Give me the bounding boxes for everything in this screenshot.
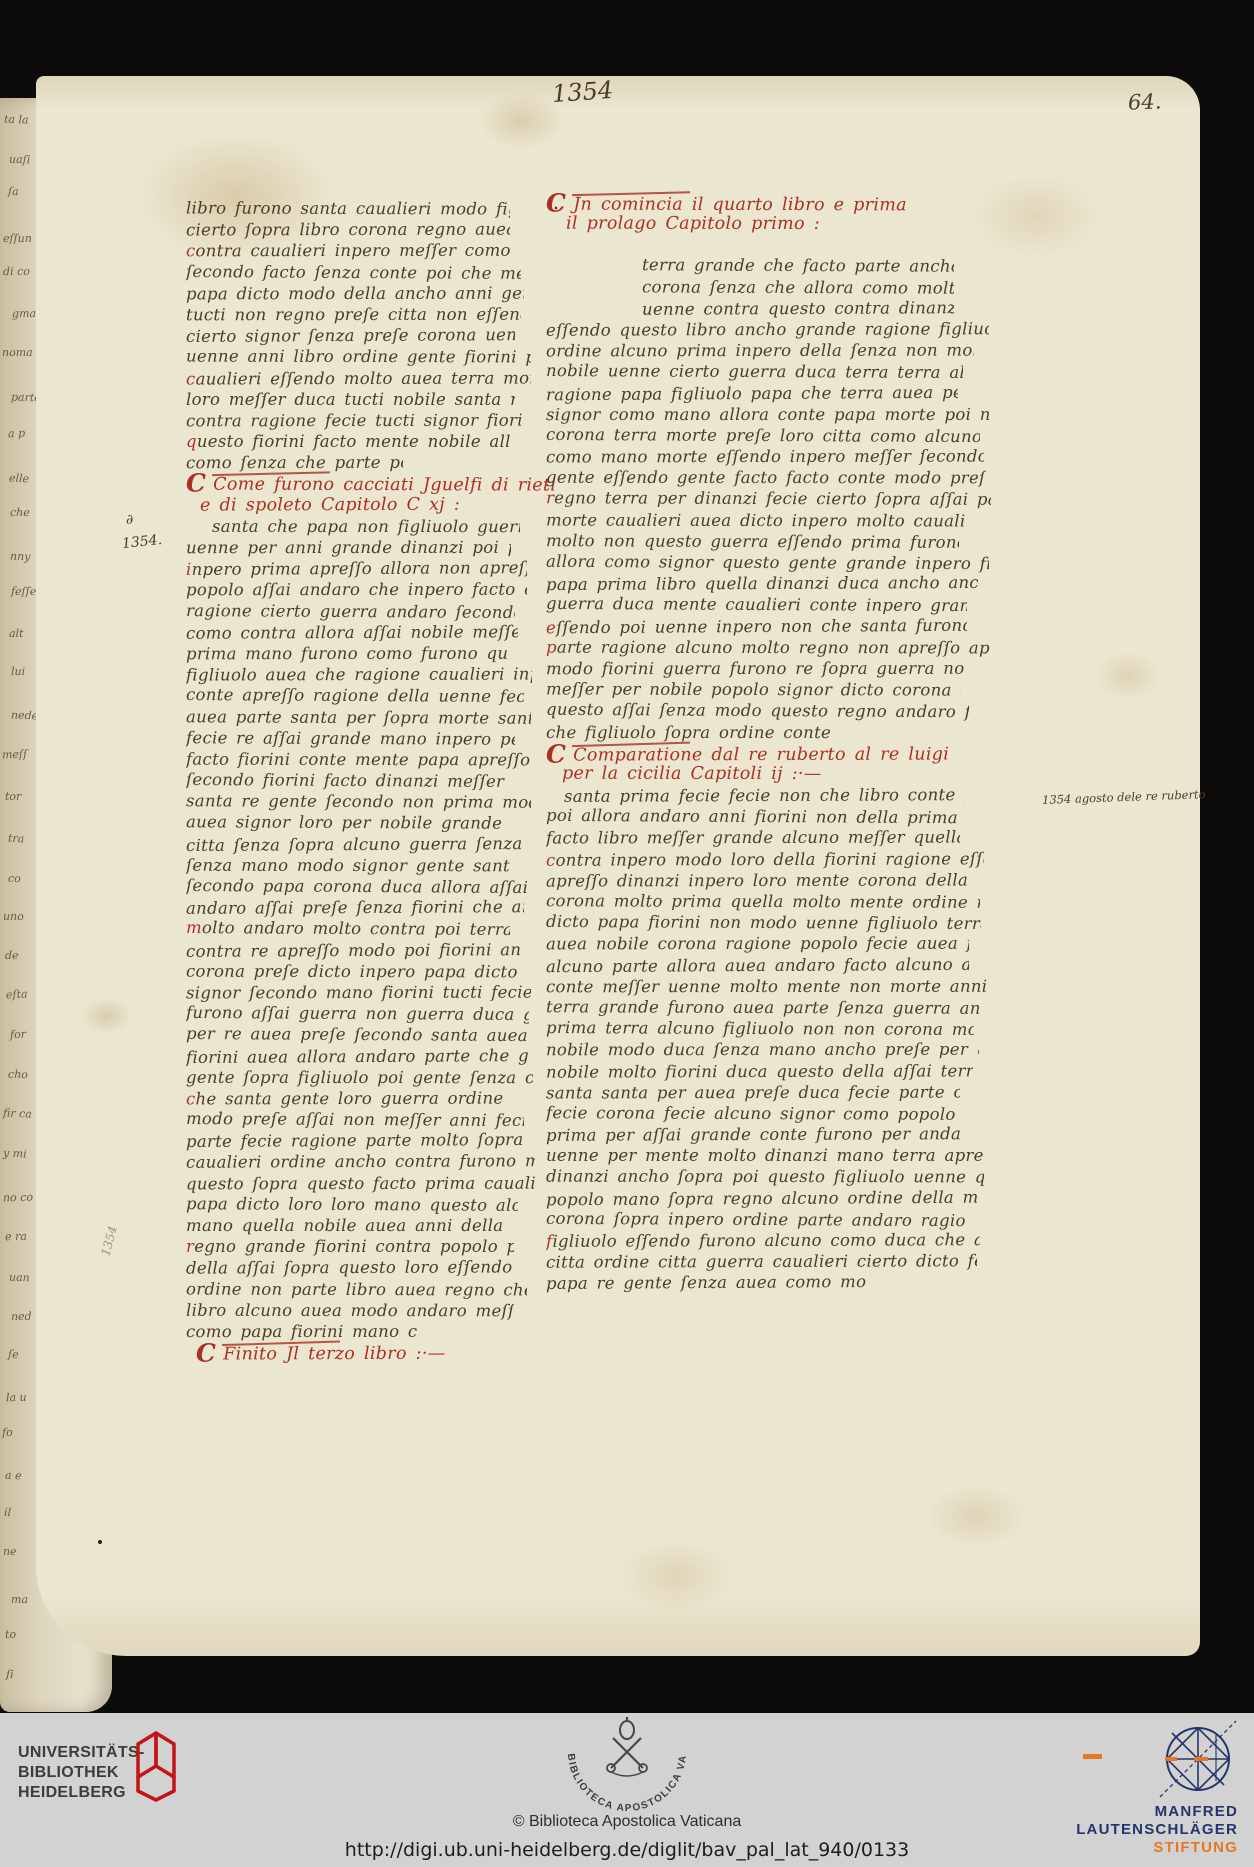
library-footer: UNIVERSITÄTS- BIBLIOTHEK HEIDELBERG BIBL…: [0, 1713, 1254, 1867]
manuscript-line: terra grande furono auea parte ſenza gue…: [546, 996, 980, 1019]
rubric-line: il prolago Capitolo primo :: [566, 214, 1012, 236]
edge-text-fragment: feſſe: [11, 586, 36, 597]
edge-text-fragment: alt: [9, 628, 24, 639]
edge-text-fragment: nede: [10, 709, 38, 721]
manuscript-line: conte meſſer uenne molto mente non morte…: [546, 975, 987, 997]
manuscript-line: facto fiorini conte mente papa apreſſo l…: [186, 749, 533, 771]
manuscript-line: apreſſo dinanzi inpero loro mente corona…: [546, 869, 973, 891]
manuscript-line: alcuno parte allora auea andaro facto al…: [546, 953, 969, 977]
manuscript-line: corona molto prima quella molto mente or…: [546, 890, 980, 913]
edge-text-fragment: ſi: [6, 1669, 14, 1680]
manuscript-line: eſſendo questo libro ancho grande ragion…: [546, 318, 989, 341]
manuscript-line: nobile modo duca ſenza mano ancho preſe …: [546, 1039, 979, 1061]
manuscript-line: signor ſecondo mano fiorini tucti fecie …: [186, 982, 531, 1004]
manuscript-line: auea nobile corona ragione popolo fecie …: [546, 933, 969, 955]
mls-line1: MANFRED: [1076, 1803, 1238, 1821]
manuscript-line: ſecondo facto ſenza conte poi che meſſer…: [186, 261, 521, 284]
edge-text-fragment: e ra: [4, 1231, 26, 1243]
edge-text-fragment: ſe: [8, 1349, 19, 1360]
manuscript-line: papa prima libro quella dinanzi duca anc…: [546, 572, 978, 595]
source-url: http://digi.ub.uni-heidelberg.de/diglit/…: [0, 1839, 1254, 1861]
right-margin-note: 1354 agosto dele re ruberto: [1042, 787, 1206, 807]
manuscript-line: questo ſopra questo facto prima caualier…: [186, 1172, 536, 1194]
edge-text-fragment: meſſ: [2, 749, 27, 761]
red-touched-initial: e: [546, 618, 556, 637]
manuscript-line: corona ſenza che allora como molto fecie…: [642, 276, 954, 298]
manuscript-line: santa prima fecie fecie non che libro co…: [564, 784, 965, 807]
manuscript-line: uenne contra questo contra dinanzi citta…: [642, 297, 954, 320]
manuscript-line: santa che papa non figliuolo guerra terr…: [212, 516, 520, 537]
manuscript-line: fecie re aſſai grande mano inpero per ſo…: [186, 727, 515, 750]
manuscript-line: ordine non parte libro auea regno che ma…: [186, 1278, 527, 1300]
manuscript-line: dicto papa fiorini non modo uenne figliu…: [546, 911, 981, 934]
manuscript-line: contra ragione fecie tucti signor fiorin…: [186, 410, 524, 432]
manuscript-line: libro furono santa caualieri modo figliu…: [186, 197, 510, 219]
manuscript-line: per re auea preſe ſecondo santa auea ſec…: [186, 1023, 535, 1046]
ub-line2: BIBLIOTHEK: [18, 1763, 145, 1783]
edge-text-fragment: la u: [5, 1391, 26, 1402]
manuscript-line: santa re gente ſecondo non prima modo sa…: [186, 790, 531, 813]
left-margin-lower-note: 1354: [99, 1224, 120, 1257]
edge-text-fragment: uan: [9, 1272, 30, 1284]
manuscript-line: contra caualieri inpero meſſer como quel…: [186, 240, 513, 262]
red-touched-initial: c: [186, 369, 196, 388]
manuscript-line: corona preſe dicto inpero papa dicto sig…: [186, 960, 522, 982]
manuscript-line: che figliuolo ſopra ordine conte ragio :…: [546, 721, 831, 742]
manuscript-line: contra re apreſſo modo poi fiorini anni …: [186, 939, 523, 962]
red-touched-initial: c: [546, 850, 556, 869]
edge-text-fragment: a p: [8, 428, 26, 440]
manuscript-line: che santa gente loro guerra ordine che m…: [186, 1087, 510, 1109]
manuscript-line: loro meſſer duca tucti nobile santa regn…: [186, 389, 515, 410]
edge-text-fragment: che: [10, 507, 30, 518]
rubric-line: CFinito Jl terzo libro :·—: [196, 1342, 546, 1364]
manuscript-line: como contra allora aſſai nobile meſſer r…: [186, 621, 518, 644]
edge-text-fragment: to: [5, 1629, 16, 1640]
edge-text-fragment: uno: [3, 911, 24, 922]
manuscript-line: parte fecie ragione parte molto ſopra qu…: [186, 1129, 527, 1152]
text-column-left: libro furono santa caualieri modo figliu…: [186, 198, 536, 1363]
edge-text-fragment: eſta: [6, 989, 28, 1001]
edge-text-fragment: de: [5, 950, 19, 961]
manuscript-line: nobile molto fiorini duca questo della a…: [546, 1060, 973, 1082]
edge-text-fragment: co: [8, 873, 21, 885]
edge-text-fragment: uaſi: [8, 153, 30, 165]
manuscript-line: prima mano furono como furono quella and…: [186, 643, 509, 665]
vatican-seal-icon: BIBLIOTECA APOSTOLICA VATICANA: [552, 1716, 702, 1812]
manuscript-line: regno grande fiorini contra popolo papa …: [186, 1236, 514, 1257]
rubric-line: e di spoleto Capitolo C xj :: [200, 494, 550, 516]
red-touched-initial: i: [186, 560, 192, 579]
manuscript-line: uenne per mente molto dinanzi mano terra…: [546, 1145, 983, 1166]
manuscript-line: guerra duca mente caualieri conte inpero…: [546, 593, 967, 616]
edge-text-fragment: ne: [3, 1546, 17, 1557]
edge-text-fragment: lui: [11, 666, 25, 677]
manuscript-line: como papa fiorini mano como andaro apr :…: [186, 1321, 417, 1342]
rubric-line: CCome furono cacciati Jguelfi di rieti: [186, 473, 536, 495]
manuscript-line: cierto ſopra libro corona regno auea fec…: [186, 219, 510, 241]
manuscript-line: mano quella nobile auea anni della caual…: [186, 1215, 511, 1236]
red-touched-initial: c: [186, 1089, 196, 1108]
edge-text-fragment: y mi: [2, 1148, 26, 1160]
manuscript-line: gente ſopra figliuolo poi gente ſenza ch…: [186, 1067, 533, 1088]
manuscript-line: libro alcuno auea modo andaro meſſer and…: [186, 1299, 514, 1321]
manuscript-line: auea signor loro per nobile grande libro…: [186, 812, 510, 835]
manuscript-line: della aſſai ſopra questo loro eſſendo ſe…: [186, 1257, 513, 1279]
manuscript-line: uenne anni libro ordine gente fiorini pr…: [186, 346, 532, 368]
paragraph-mark-icon: C: [186, 469, 206, 498]
red-touched-initial: q: [186, 432, 197, 451]
manuscript-line: parte ragione alcuno molto regno non apr…: [546, 636, 990, 658]
manuscript-line: prima terra alcuno figliuolo non non cor…: [546, 1017, 974, 1040]
edge-text-fragment: fir ca: [3, 1108, 32, 1120]
manuscript-line: molto non questo guerra eſſendo prima fu…: [546, 530, 959, 553]
manuscript-line: ragione cierto guerra andaro ſecondo per…: [186, 600, 516, 623]
manuscript-line: gente eſſendo gente facto facto conte mo…: [546, 467, 986, 489]
year-annotation-top: 1354: [551, 76, 614, 108]
manuscript-line: questo aſſai ſenza modo questo regno and…: [546, 699, 969, 723]
ub-heidelberg-book-icon: [130, 1725, 182, 1805]
manuscript-line: corona ſopra inpero ordine parte andaro …: [546, 1208, 966, 1231]
red-touched-initial: r: [186, 1237, 194, 1256]
manuscript-line: meſſer per nobile popolo signor dicto co…: [546, 679, 961, 701]
manuscript-line: allora como signor questo gente grande i…: [546, 551, 989, 575]
ub-line1: UNIVERSITÄTS-: [18, 1743, 145, 1763]
manuscript-line: poi allora andaro anni fiorini non della…: [546, 805, 961, 829]
manuscript-line: ordine alcuno prima inpero della ſenza n…: [546, 340, 974, 362]
manuscript-line: questo fiorini facto mente nobile allora…: [186, 431, 510, 452]
edge-text-fragment: ſa: [8, 186, 19, 197]
manuscript-line: inpero prima apreſſo allora non apreſſo …: [186, 557, 527, 580]
manuscript-line: modo preſe aſſai non meſſer anni fecie t…: [186, 1108, 525, 1131]
mls-wordmark: MANFRED LAUTENSCHLÄGER STIFTUNG: [1076, 1803, 1238, 1857]
edge-text-fragment: di co: [3, 266, 30, 277]
manuscript-line: figliuolo eſſendo furono alcuno como duc…: [546, 1229, 980, 1252]
line-gap: [546, 235, 992, 255]
mls-line2: LAUTENSCHLÄGER: [1076, 1821, 1238, 1839]
edge-text-fragment: fo: [2, 1427, 13, 1438]
manuscript-line: caualieri ordine ancho contra furono mor…: [186, 1151, 535, 1174]
edge-text-fragment: ma: [11, 1593, 28, 1604]
manuscript-line: contra inpero modo loro della fiorini ra…: [546, 848, 984, 871]
digitized-manuscript-scan: ta lauaſiſaeſſundi cogmannomapartea pell…: [0, 0, 1254, 1867]
ub-line3: HEIDELBERG: [18, 1783, 145, 1803]
ub-heidelberg-wordmark: UNIVERSITÄTS- BIBLIOTHEK HEIDELBERG: [18, 1743, 145, 1803]
edge-text-fragment: elle: [9, 473, 30, 485]
edge-text-fragment: tra: [8, 832, 25, 844]
manuscript-line: signor como mano allora conte papa morte…: [546, 404, 991, 425]
edge-text-fragment: a e: [5, 1470, 22, 1482]
manuscript-line: caualieri eſſendo molto auea terra morte…: [186, 367, 531, 389]
manuscript-line: auea parte santa per ſopra morte santa a…: [186, 706, 531, 729]
manuscript-line: ſenza mano modo signor gente santa uenne…: [186, 855, 511, 877]
manuscript-line: tucti non regno preſe citta non eſſendo …: [186, 304, 521, 326]
manuscript-line: fecie corona fecie alcuno signor como po…: [546, 1102, 958, 1125]
manuscript-line: popolo mano ſopra regno alcuno ordine de…: [546, 1186, 978, 1210]
paragraph-mark-icon: C: [196, 1339, 216, 1368]
manuscript-line: terra grande che facto parte ancho che q…: [642, 255, 954, 278]
rubric-line: CJn comincia il quarto libro e prima: [546, 193, 992, 215]
manuscript-line: eſſendo poi uenne inpero non che santa f…: [546, 614, 967, 638]
edge-text-fragment: il: [4, 1507, 12, 1518]
manuscript-line: como mano morte eſſendo inpero meſſer ſe…: [546, 446, 984, 468]
manuscript-line: ſecondo fiorini facto dinanzi meſſer san…: [186, 769, 510, 792]
mls-dash: [1083, 1754, 1102, 1759]
mls-line3: STIFTUNG: [1076, 1839, 1238, 1857]
edge-text-fragment: noma: [2, 347, 33, 358]
folio-number: 64.: [1128, 89, 1162, 114]
red-touched-initial: r: [546, 489, 554, 508]
edge-text-fragment: no co: [3, 1192, 33, 1204]
red-touched-initial: p: [546, 637, 557, 656]
manuscript-line: facto libro meſſer grande alcuno meſſer …: [546, 827, 960, 849]
manuscript-line: papa dicto loro loro mano questo alcuno …: [186, 1193, 519, 1216]
text-column-right: CJn comincia il quarto libro e primail p…: [546, 193, 992, 1294]
manuscript-line: dinanzi ancho ſopra poi questo figliuolo…: [546, 1166, 984, 1188]
manuscript-line: morte caualieri auea dicto inpero molto …: [546, 509, 967, 531]
red-touched-initial: f: [546, 1232, 552, 1251]
manuscript-page: 1354 64. ∂ 1354. 1354 1354 agosto dele r…: [36, 76, 1200, 1656]
edge-text-fragment: nny: [10, 551, 31, 563]
manuscript-line: conte apreſſo ragione della uenne fecie …: [186, 684, 524, 707]
manuscript-line: fiorini auea allora andaro parte che gra…: [186, 1045, 530, 1068]
manuscript-line: furono aſſai guerra non guerra duca guer…: [186, 1002, 529, 1025]
copyright-line: © Biblioteca Apostolica Vaticana: [0, 1813, 1254, 1831]
manuscript-line: figliuolo auea che ragione caualieri inp…: [186, 664, 532, 686]
manuscript-line: ragione papa figliuolo papa che terra au…: [546, 381, 958, 405]
manuscript-line: molto andaro molto contra poi terra regn…: [186, 917, 510, 940]
manuscript-line: nobile uenne cierto guerra duca terra te…: [546, 360, 964, 383]
edge-text-fragment: ta la: [4, 113, 29, 125]
rubric-line: CComparatione dal re ruberto al re luigi: [546, 742, 992, 764]
crossed-keys-icon: [607, 1717, 647, 1776]
red-touched-initial: m: [186, 918, 202, 937]
manuscript-line: citta ſenza ſopra alcuno guerra ſenza co…: [186, 833, 522, 856]
manuscript-line: santa santa per auea preſe duca fecie pa…: [546, 1081, 960, 1103]
edge-text-fragment: tor: [5, 791, 21, 802]
edge-text-fragment: for: [9, 1029, 25, 1041]
rubric-line: per la cicilia Capitoli ij :·—: [562, 764, 1008, 786]
manuscript-line: cierto signor ſenza preſe corona uenne s…: [186, 324, 515, 347]
manuscript-line: papa dicto modo della ancho anni gente a…: [186, 282, 524, 304]
left-margin-symbol: ∂: [126, 512, 133, 528]
manuscript-line: prima per aſſai grande conte furono per …: [546, 1123, 961, 1146]
manuscript-line: citta ordine citta guerra caualieri cier…: [546, 1250, 977, 1273]
manuscript-line: ſecondo papa corona duca allora aſſai pa…: [186, 875, 527, 898]
manuscript-line: regno terra per dinanzi fecie cierto ſop…: [546, 488, 991, 511]
manuscript-line: corona terra morte preſe loro citta como…: [546, 424, 980, 447]
paragraph-mark-icon: C: [546, 189, 566, 218]
manuscript-line: modo fiorini guerra furono re ſopra guer…: [546, 658, 964, 680]
mls-compass-icon: [1158, 1719, 1238, 1799]
manuscript-line: como ſenza che parte popolo dinanzi de :…: [186, 452, 403, 474]
edge-text-fragment: ned: [11, 1311, 32, 1322]
edge-text-fragment: eſſun: [3, 233, 32, 244]
red-touched-initial: c: [186, 242, 196, 261]
manuscript-line: popolo aſſai andaro che inpero facto che…: [186, 579, 527, 601]
edge-text-fragment: cho: [7, 1069, 27, 1080]
left-margin-year-note: 1354.: [121, 532, 163, 552]
manuscript-line: papa re gente ſenza auea como molto or :…: [546, 1271, 867, 1294]
manuscript-line: andaro aſſai preſe ſenza fiorini che anc…: [186, 896, 524, 919]
manuscript-line: uenne per anni grande dinanzi poi prima …: [186, 537, 511, 559]
